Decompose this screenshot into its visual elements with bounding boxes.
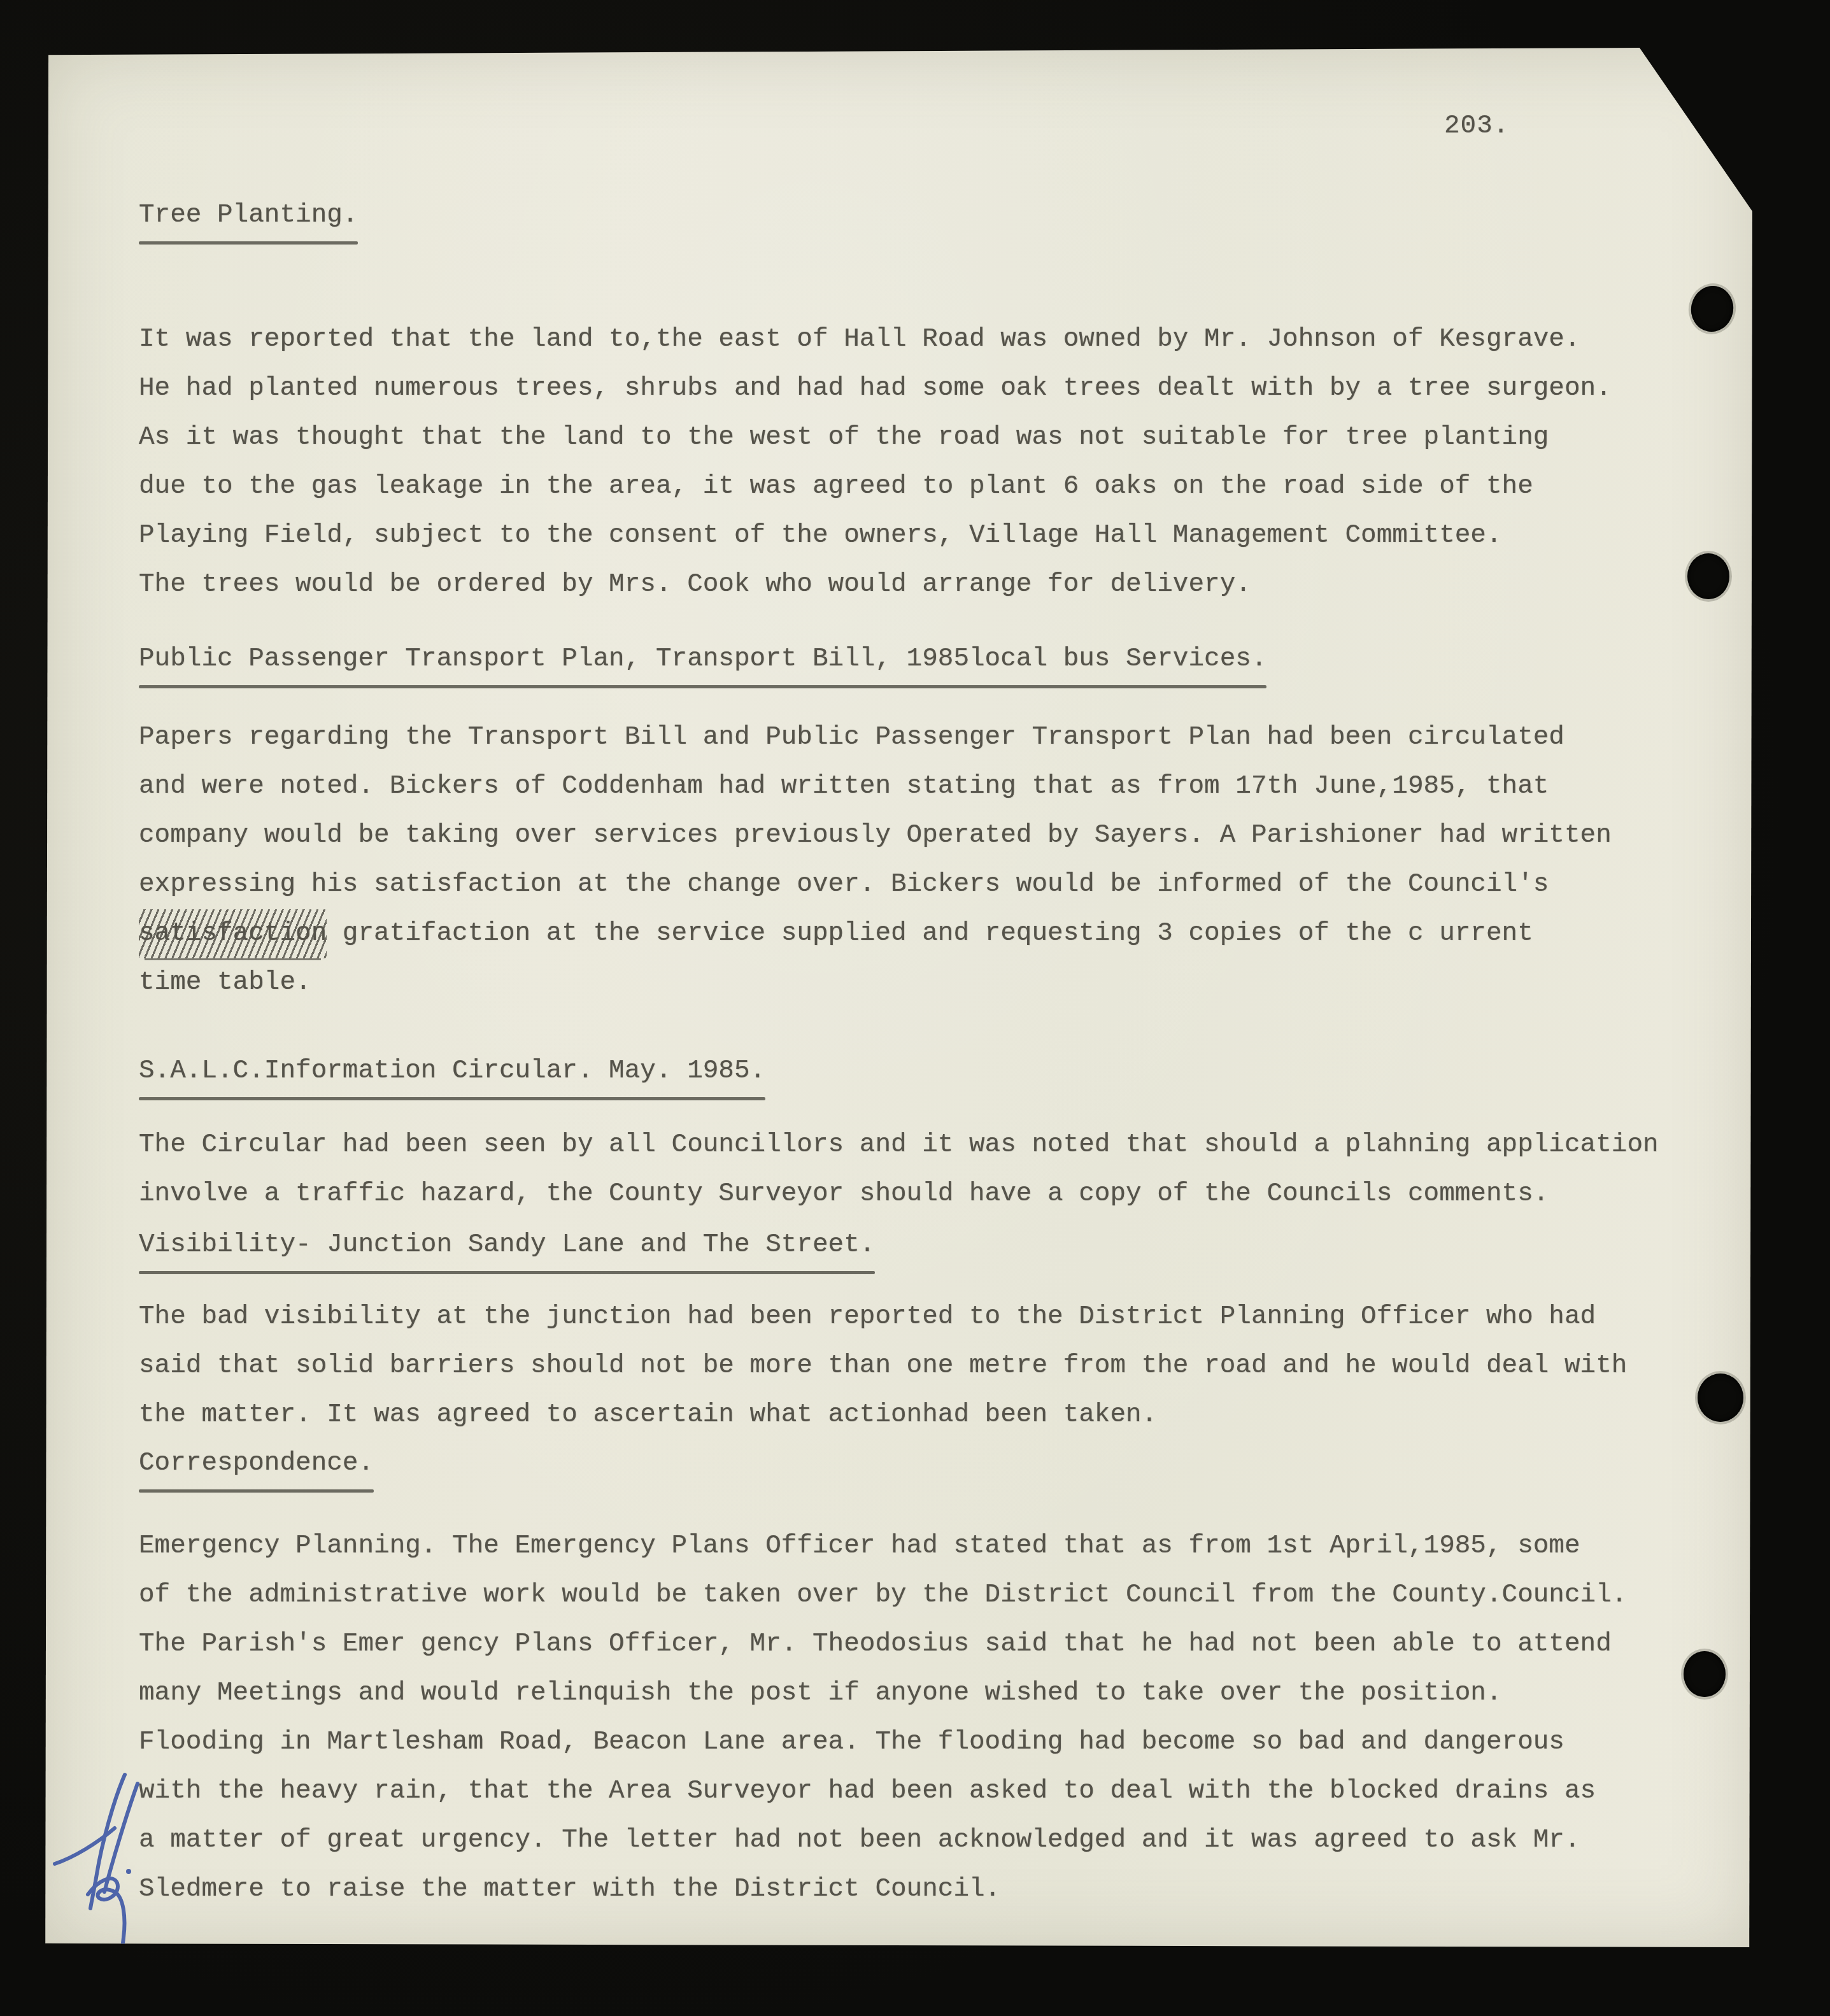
text-line: The Circular had been seen by all Counci… xyxy=(139,1121,1714,1170)
paragraph: Papers regarding the Transport Bill and … xyxy=(139,713,1714,1007)
text-line: company would be taking over services pr… xyxy=(139,811,1714,860)
text-line: The trees would be ordered by Mrs. Cook … xyxy=(139,560,1714,609)
paragraph: The Circular had been seen by all Counci… xyxy=(139,1121,1714,1219)
heading-underline xyxy=(139,1489,374,1493)
section-heading-block: S.A.L.C.Information Circular. May. 1985. xyxy=(139,1055,765,1100)
text-line: He had planted numerous trees, shrubs an… xyxy=(139,364,1714,413)
text-line: with the heavy rain, that the Area Surve… xyxy=(139,1767,1714,1816)
text-line: expressing his satisfaction at the chang… xyxy=(139,860,1714,909)
text-line: involve a traffic hazard, the County Sur… xyxy=(139,1170,1714,1219)
text-line: said that solid barriers should not be m… xyxy=(139,1342,1714,1391)
section-heading: Correspondence. xyxy=(139,1447,374,1479)
heading-underline xyxy=(139,1271,875,1274)
section-heading: Tree Planting. xyxy=(139,199,358,231)
paragraph: The bad visibility at the junction had b… xyxy=(139,1293,1714,1440)
paper-sheet: 203. Tree Planting.It was reported that … xyxy=(43,48,1752,1949)
text-line: a matter of great urgency. The letter ha… xyxy=(139,1816,1714,1865)
punch-hole xyxy=(1684,1651,1726,1697)
punch-hole xyxy=(1687,553,1729,599)
page-number: 203. xyxy=(1444,111,1509,141)
text-line: Emergency Planning. The Emergency Plans … xyxy=(139,1522,1714,1571)
text-line: time table. xyxy=(139,958,1714,1007)
text-line: Playing Field, subject to the consent of… xyxy=(139,511,1714,560)
text-line: of the administrative work would be take… xyxy=(139,1571,1714,1620)
paragraph: Emergency Planning. The Emergency Plans … xyxy=(139,1522,1714,1914)
text-line: Flooding in Martlesham Road, Beacon Lane… xyxy=(139,1718,1714,1767)
text-line: Sledmere to raise the matter with the Di… xyxy=(139,1865,1714,1914)
text-line: satisfaction gratifaction at the service… xyxy=(139,909,1714,958)
text-line: many Meetings and would relinquish the p… xyxy=(139,1669,1714,1718)
section-heading-block: Public Passenger Transport Plan, Transpo… xyxy=(139,643,1267,688)
text-line: and were noted. Bickers of Coddenham had… xyxy=(139,762,1714,811)
scanned-document-screen: 203. Tree Planting.It was reported that … xyxy=(0,0,1830,2016)
section-heading-block: Tree Planting. xyxy=(139,199,358,245)
struck-text: satisfaction xyxy=(139,909,327,958)
text-line: The bad visibility at the junction had b… xyxy=(139,1293,1714,1342)
heading-underline xyxy=(139,1097,765,1100)
section-heading: Public Passenger Transport Plan, Transpo… xyxy=(139,643,1267,675)
text-line: due to the gas leakage in the area, it w… xyxy=(139,462,1714,511)
section-heading-block: Correspondence. xyxy=(139,1447,374,1493)
heading-underline xyxy=(139,241,358,245)
text-after-strike: gratifaction at the service supplied and… xyxy=(327,919,1533,948)
text-line: the matter. It was agreed to ascertain w… xyxy=(139,1391,1714,1440)
section-heading-block: Visibility- Junction Sandy Lane and The … xyxy=(139,1229,875,1274)
punch-hole xyxy=(1698,1374,1743,1422)
paragraph: It was reported that the land to,the eas… xyxy=(139,315,1714,609)
text-line: Papers regarding the Transport Bill and … xyxy=(139,713,1714,762)
text-line: As it was thought that the land to the w… xyxy=(139,413,1714,462)
section-heading: Visibility- Junction Sandy Lane and The … xyxy=(139,1229,875,1261)
heading-underline xyxy=(139,685,1266,688)
text-line: The Parish's Emer gency Plans Officer, M… xyxy=(139,1620,1714,1669)
document-content: 203. Tree Planting.It was reported that … xyxy=(43,48,1752,1949)
text-line: It was reported that the land to,the eas… xyxy=(139,315,1714,364)
handwritten-ink-mark xyxy=(43,1767,183,1984)
section-heading: S.A.L.C.Information Circular. May. 1985. xyxy=(139,1055,765,1087)
